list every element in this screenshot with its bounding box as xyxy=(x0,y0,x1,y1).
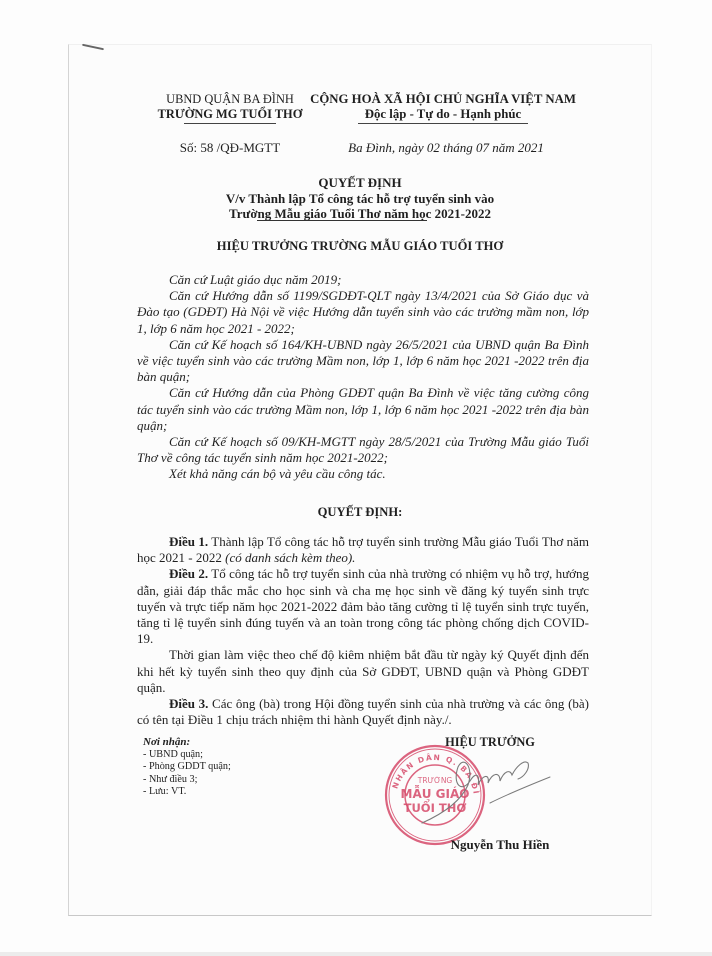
article-2: Điều 2. Tổ công tác hỗ trợ tuyển sinh củ… xyxy=(137,566,589,647)
basis-item: Xét khả năng cán bộ và yêu cầu công tác. xyxy=(137,466,589,482)
basis-item: Căn cứ Kế hoạch số 164/KH-UBND ngày 26/5… xyxy=(137,337,589,386)
place-date: Ba Đình, ngày 02 tháng 07 năm 2021 xyxy=(300,140,592,156)
document-number: Số: 58 /QĐ-MGTT xyxy=(140,140,320,156)
issuing-agency: UBND QUẬN BA ĐÌNH TRƯỜNG MG TUỔI THƠ xyxy=(140,92,320,124)
article-1-label: Điều 1. xyxy=(169,534,208,549)
subject-underline xyxy=(257,220,427,221)
article-2-working-time: Thời gian làm việc theo chế độ kiêm nhiệ… xyxy=(137,647,589,696)
recipient-item: - UBND quận; xyxy=(143,749,231,762)
agency-underline xyxy=(184,123,276,124)
recipient-item: - Phòng GDDT quận; xyxy=(143,761,231,774)
decision-heading: QUYẾT ĐỊNH: xyxy=(130,505,590,520)
article-1: Điều 1. Thành lập Tổ công tác hỗ trợ tuy… xyxy=(137,534,589,566)
basis-item: Căn cứ Luật giáo dục năm 2019; xyxy=(137,272,589,288)
handwritten-signature-icon xyxy=(420,745,560,835)
authority-line: HIỆU TRƯỞNG TRƯỜNG MẪU GIÁO TUỔI THƠ xyxy=(130,239,590,254)
country-name: CỘNG HOÀ XÃ HỘI CHỦ NGHĨA VIỆT NAM xyxy=(296,92,590,107)
recipient-item: - Như điều 3; xyxy=(143,774,231,787)
agency-name: TRƯỜNG MG TUỔI THƠ xyxy=(140,107,320,122)
articles: Điều 1. Thành lập Tổ công tác hỗ trợ tuy… xyxy=(137,534,589,728)
recipients: Nơi nhận: - UBND quận; - Phòng GDDT quận… xyxy=(143,736,231,799)
basis-item: Căn cứ Kế hoạch số 09/KH-MGTT ngày 28/5/… xyxy=(137,434,589,466)
motto-underline xyxy=(358,123,528,124)
recipients-heading: Nơi nhận: xyxy=(143,736,231,749)
legal-basis: Căn cứ Luật giáo dục năm 2019; Căn cứ Hư… xyxy=(137,272,589,483)
article-1-note: (có danh sách kèm theo). xyxy=(225,550,355,565)
article-3-label: Điều 3. xyxy=(169,696,208,711)
motto: Độc lập - Tự do - Hạnh phúc xyxy=(296,107,590,122)
basis-item: Căn cứ Hướng dẫn của Phòng GDĐT quận Ba … xyxy=(137,385,589,434)
title-heading: QUYẾT ĐỊNH xyxy=(130,175,590,191)
document-title: QUYẾT ĐỊNH V/v Thành lập Tổ công tác hỗ … xyxy=(130,175,590,222)
subject-line-2-wrap: Trường Mẫu giáo Tuổi Thơ năm học 2021-20… xyxy=(229,206,491,222)
signer-name: Nguyễn Thu Hiền xyxy=(420,837,580,853)
subject-line-1: V/v Thành lập Tổ công tác hỗ trợ tuyển s… xyxy=(130,191,590,207)
agency-parent: UBND QUẬN BA ĐÌNH xyxy=(140,92,320,107)
basis-item: Căn cứ Hướng dẫn số 1199/SGDĐT-QLT ngày … xyxy=(137,288,589,337)
national-motto: CỘNG HOÀ XÃ HỘI CHỦ NGHĨA VIỆT NAM Độc l… xyxy=(296,92,590,124)
bottom-edge xyxy=(0,952,712,956)
recipient-item: - Lưu: VT. xyxy=(143,786,231,799)
article-2-label: Điều 2. xyxy=(169,566,208,581)
article-3: Điều 3. Các ông (bà) trong Hội đồng tuyể… xyxy=(137,696,589,728)
